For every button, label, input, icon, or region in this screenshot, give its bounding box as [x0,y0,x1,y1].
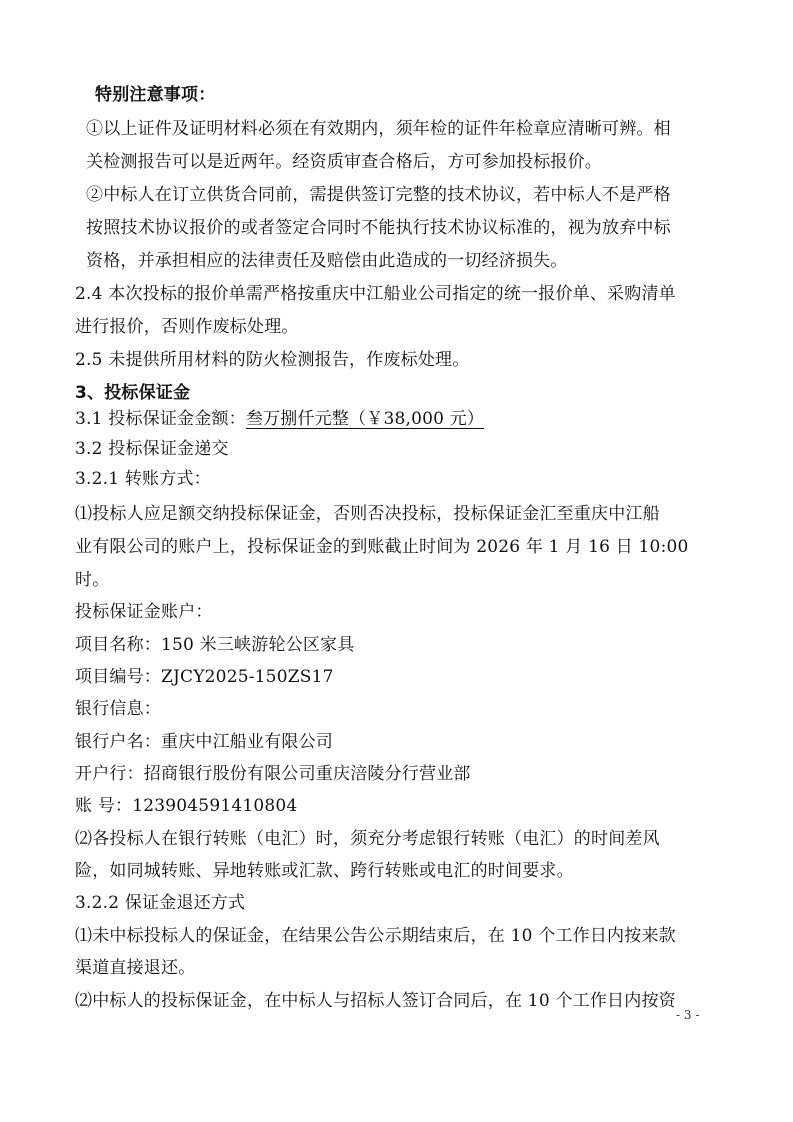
section-heading-bid-bond: 3、投标保证金 [75,382,190,404]
bid-bond-amount-line: 3.1 投标保证金金额：叁万捌仟元整（￥38,000 元） [75,408,484,430]
project-number-line: 项目编号：ZJCY2025-150ZS17 [75,666,334,688]
paragraph-line: 时。 [75,569,109,591]
paragraph-line: ⑵中标人的投标保证金，在中标人与招标人签订合同后，在 10 个工作日内按资 [75,990,676,1012]
bid-bond-amount-label: 3.1 投标保证金金额： [75,409,246,429]
paragraph-line: 进行报价，否则作废标处理。 [75,316,299,338]
paragraph-line: 2.4 本次投标的报价单需严格按重庆中江船业公司指定的统一报价单、采购清单 [75,283,676,305]
paragraph-line: 3.2 投标保证金递交 [75,438,229,460]
section-heading-notes: 特别注意事项： [95,84,215,106]
bid-bond-amount-value: 叁万捌仟元整（￥38,000 元） [246,409,484,429]
project-name-line: 项目名称：150 米三峡游轮公区家具 [75,634,354,656]
paragraph-line: ⑴未中标投标人的保证金，在结果公告公示期结束后，在 10 个工作日内按来款 [75,925,676,947]
paragraph-line: 业有限公司的账户上，投标保证金的到账截止时间为 2026 年 1 月 16 日 … [75,536,689,558]
paragraph-line: ⑵各投标人在银行转账（电汇）时，须充分考虑银行转账（电汇）的时间差风 [75,828,660,850]
paragraph-line: 渠道直接退还。 [75,957,195,979]
paragraph-line: 按照技术协议报价的或者签定合同时不能执行技术协议标准的，视为放弃中标 [86,217,671,239]
paragraph-line: 资格，并承担相应的法律责任及赔偿由此造成的一切经济损失。 [86,250,568,272]
account-number-line: 账 号：123904591410804 [75,795,297,817]
paragraph-line: ①以上证件及证明材料必须在有效期内，须年检的证件年检章应清晰可辨。相 [86,118,671,140]
paragraph-line: 2.5 未提供所用材料的防火检测报告，作废标处理。 [75,349,469,371]
paragraph-line: 银行信息： [75,698,161,720]
paragraph-line: ⑴投标人应足额交纳投标保证金，否则否决投标，投标保证金汇至重庆中江船 [75,503,660,525]
paragraph-line: 3.2.1 转账方式： [75,468,211,490]
page-number: - 3 - [676,1008,699,1022]
bank-account-name-line: 银行户名：重庆中江船业有限公司 [75,731,333,753]
paragraph-line: 险，如同城转账、异地转账或汇款、跨行转账或电汇的时间要求。 [75,860,574,882]
paragraph-line: 3.2.2 保证金退还方式 [75,892,245,914]
paragraph-line: 关检测报告可以是近两年。经资质审查合格后，方可参加投标报价。 [86,151,602,173]
bank-branch-line: 开户行：招商银行股份有限公司重庆涪陵分行营业部 [75,763,471,785]
paragraph-line: ②中标人在订立供货合同前，需提供签订完整的技术协议，若中标人不是严格 [86,184,671,206]
paragraph-line: 投标保证金账户： [75,601,213,623]
